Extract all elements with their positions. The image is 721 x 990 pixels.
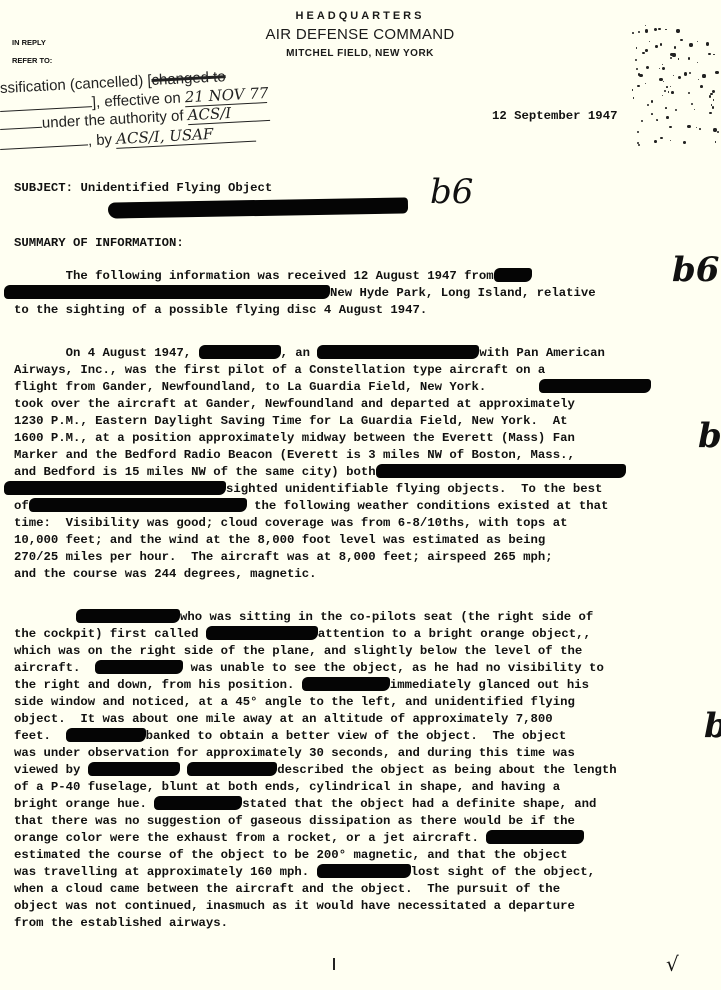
redaction-bar [317,345,479,359]
body-line: 270/25 miles per hour. The aircraft was … [14,549,553,566]
body-line: time: Visibility was good; cloud coverag… [14,515,567,532]
redaction-bar [376,464,626,478]
body-line: aircraft. was unable to see the object, … [14,660,604,677]
body-line: 10,000 feet; and the wind at the 8,000 f… [14,532,545,549]
body-line: took over the aircraft at Gander, Newfou… [14,396,575,413]
redaction-bar [108,197,408,218]
exemption-mark: b [704,718,721,735]
redaction-bar [206,626,318,640]
body-line: Airways, Inc., was the first pilot of a … [14,362,545,379]
document-date: 12 September 1947 [492,108,617,125]
body-line: side window and noticed, at a 45° angle … [14,694,575,711]
body-line: was travelling at approximately 160 mph.… [14,864,595,881]
subject-label: SUBJECT: [14,181,73,195]
redaction-bar [494,268,532,282]
redaction-bar [76,609,180,623]
redaction-bar [486,830,584,844]
body-line: object. It was about one mile away at an… [14,711,553,728]
body-line: and Bedford is 15 miles NW of the same c… [14,464,626,481]
redaction-bar [187,762,277,776]
redaction-bar [154,796,242,810]
body-line: who was sitting in the co-pilots seat (t… [14,609,593,626]
body-line: bright orange hue. stated that the objec… [14,796,596,813]
body-line: Marker and the Bedford Radio Beacon (Eve… [14,447,575,464]
redaction-bar [66,728,146,742]
body-line: New Hyde Park, Long Island, relative [4,285,596,302]
exemption-mark: b6 [430,172,473,212]
body-line: estimated the course of the object to be… [14,847,567,864]
body-line: feet. banked to obtain a better view of … [14,728,566,745]
body-line: from the established airways. [14,915,228,932]
body-line: object was not continued, inasmuch as it… [14,898,575,915]
exemption-mark: b6 [672,262,719,279]
redaction-bar [4,285,330,299]
redaction-bar [95,660,183,674]
redaction-bar [302,677,390,691]
in-reply-label: IN REPLY [12,38,46,47]
stamp-line4: , by [87,131,116,149]
check-mark-icon: √ [666,952,679,976]
redaction-bar [4,481,226,495]
body-line: and the course was 244 degrees, magnetic… [14,566,317,583]
body-line: of a P-40 fuselage, blunt at both ends, … [14,779,560,796]
subject-line: SUBJECT: Unidentified Flying Object [14,180,272,197]
body-line: that there was no suggestion of gaseous … [14,813,575,830]
scan-mark [333,958,335,970]
body-line: 1600 P.M., at a position approximately m… [14,430,575,447]
body-line: the cockpit) first called attention to a… [14,626,591,643]
redaction-bar [539,379,651,393]
body-line: 1230 P.M., Eastern Daylight Saving Time … [14,413,567,430]
letterhead-location: MITCHEL FIELD, NEW YORK [200,48,520,59]
body-line: of the following weather conditions exis… [14,498,608,515]
redaction-bar [29,498,247,512]
body-line: viewed by described the object as being … [14,762,617,779]
stamp-authority: ACS/I [187,102,270,125]
body-line: when a cloud came between the aircraft a… [14,881,560,898]
body-line: flight from Gander, Newfoundland, to La … [14,379,651,396]
redaction-bar [88,762,180,776]
redaction-bar [317,864,411,878]
body-line: sighted unidentifiable flying objects. T… [4,481,602,498]
summary-heading: SUMMARY OF INFORMATION: [14,235,184,252]
exemption-mark: b6 [698,428,721,445]
subject-text: Unidentified Flying Object [80,181,272,195]
body-line: The following information was received 1… [14,268,532,285]
body-line: the right and down, from his position. i… [14,677,589,694]
body-line: which was on the right side of the plane… [14,643,582,660]
body-line: was under observation for approximately … [14,745,575,762]
letterhead-command: AIR DEFENSE COMMAND [200,26,520,43]
letterhead-headquarters: HEADQUARTERS [200,10,520,22]
body-line: On 4 August 1947, , an with Pan American [14,345,605,362]
redaction-bar [199,345,281,359]
refer-to-label: REFER TO: [12,56,52,65]
body-line: to the sighting of a possible flying dis… [14,302,427,319]
body-line: orange color were the exhaust from a roc… [14,830,584,847]
